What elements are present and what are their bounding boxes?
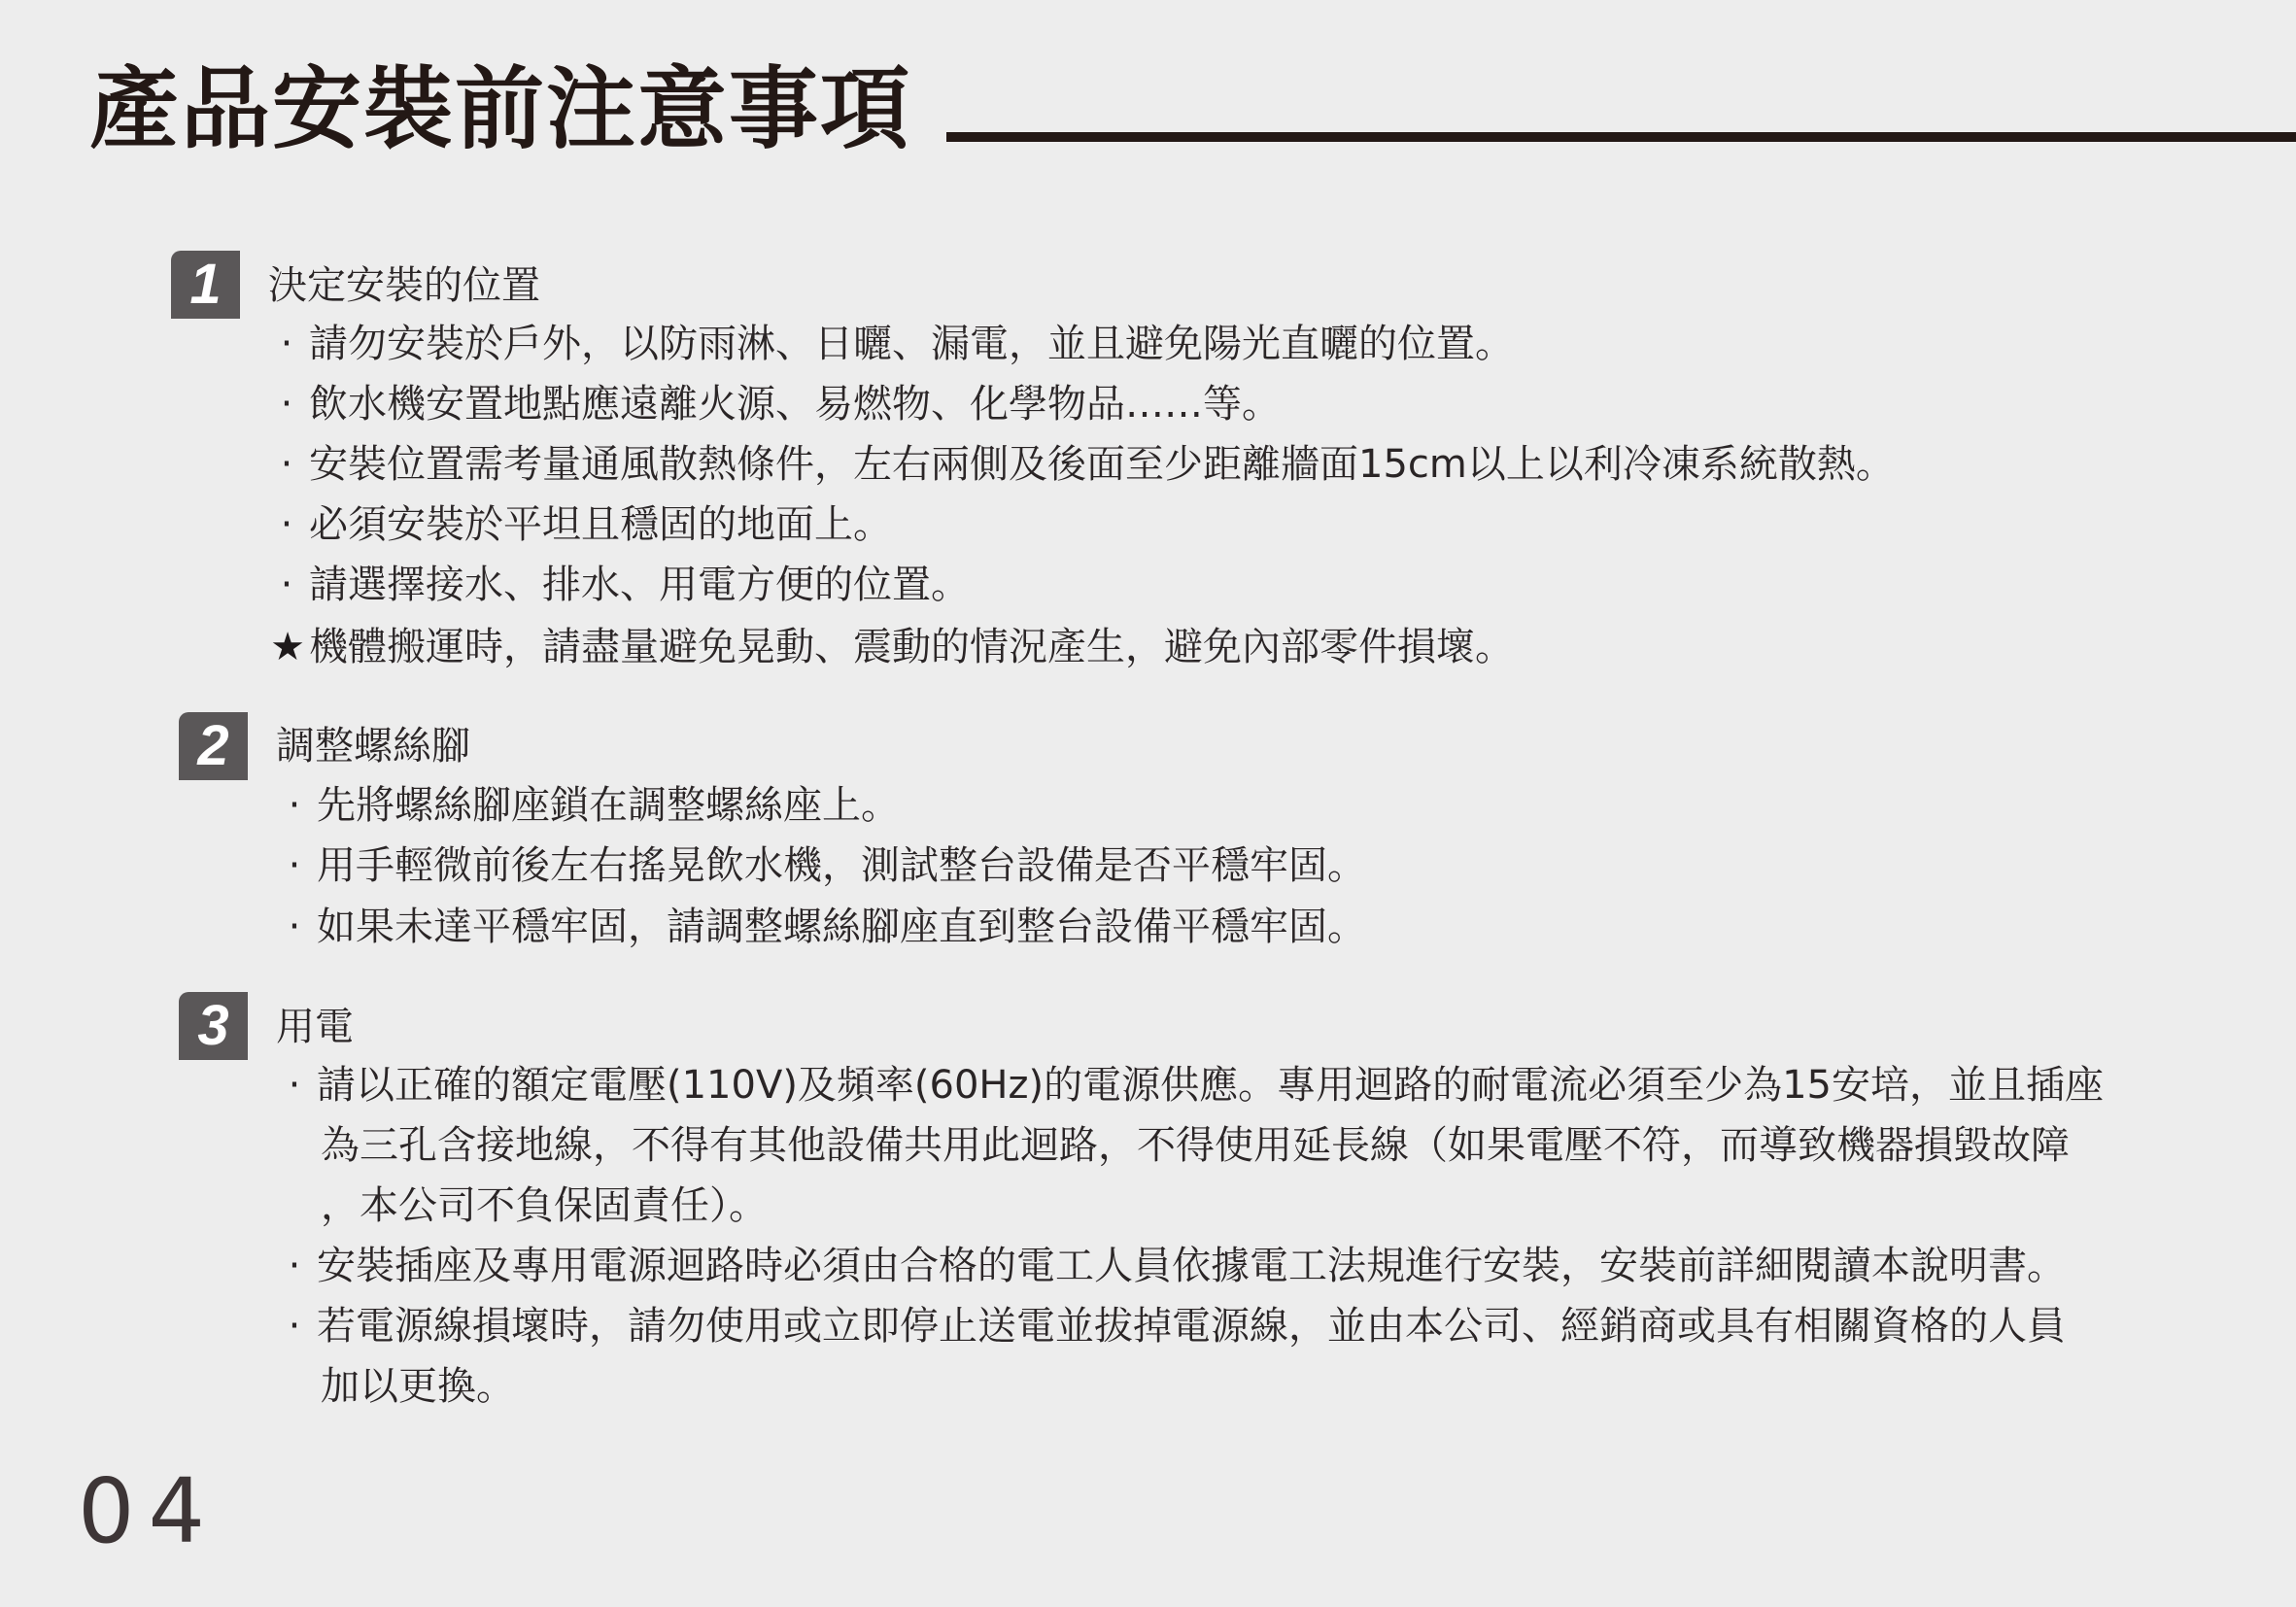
list-item-text: 若電源線損壞時，請勿使用或立即停止送電並拔掉電源線，並由本公司、經銷商或具有相關…: [317, 1303, 2066, 1350]
list-item-text: 安裝插座及專用電源迴路時必須由合格的電工人員依據電工法規進行安裝，安裝前詳細閱讀…: [317, 1243, 2066, 1289]
section-heading: 決定安裝的位置: [268, 262, 540, 309]
bullet-marker: ·: [285, 904, 304, 950]
list-item-text: 安裝位置需考量通風散熱條件，左右兩側及後面至少距離牆面15cm以上以利冷凍系統散…: [309, 441, 1895, 488]
list-item-text: 為三孔含接地線，不得有其他設備共用此迴路，不得使用延長線（如果電壓不符，而導致機…: [321, 1122, 2070, 1169]
bullet-marker: ·: [285, 1062, 304, 1109]
list-item-text: ，本公司不負保固責任）。: [321, 1182, 768, 1229]
section-heading: 用電: [276, 1004, 354, 1050]
list-item-text: 加以更換。: [321, 1363, 515, 1410]
section-number-badge: 2: [179, 712, 248, 780]
section-number-badge: 1: [171, 251, 240, 319]
bullet-marker: ·: [277, 381, 296, 427]
bullet-marker: ·: [285, 1243, 304, 1289]
bullet-marker: ·: [277, 501, 296, 548]
bullet-marker: ·: [277, 441, 296, 488]
bullet-marker: ·: [285, 842, 304, 889]
bullet-marker: ·: [277, 562, 296, 608]
list-item-text: 用手輕微前後左右搖晃飲水機，測試整台設備是否平穩牢固。: [317, 842, 1366, 889]
title-underline-rule: [946, 132, 2296, 142]
section-heading: 調整螺絲腳: [276, 723, 470, 769]
list-item-text: 請以正確的額定電壓(110V)及頻率(60Hz)的電源供應。專用迴路的耐電流必須…: [317, 1062, 2104, 1109]
section-number-badge: 3: [179, 992, 248, 1060]
star-icon: ★: [266, 624, 309, 670]
bullet-marker: ·: [285, 782, 304, 829]
list-item-text: 請選擇接水、排水、用電方便的位置。: [309, 562, 970, 608]
page-title: 產品安裝前注意事項: [89, 56, 911, 163]
page-number: 04: [78, 1463, 219, 1560]
list-item-text: 先將螺絲腳座鎖在調整螺絲座上。: [317, 782, 900, 829]
list-item-text: 如果未達平穩牢固，請調整螺絲腳座直到整台設備平穩牢固。: [317, 904, 1366, 950]
bullet-marker: ·: [285, 1303, 304, 1350]
list-item-text: 飲水機安置地點應遠離火源、易燃物、化學物品……等。: [309, 381, 1281, 427]
bullet-marker: ·: [277, 321, 296, 367]
list-item-text: 必須安裝於平坦且穩固的地面上。: [309, 501, 892, 548]
warning-text: 機體搬運時，請盡量避免晃動、震動的情況產生，避免內部零件損壞。: [309, 624, 1514, 670]
list-item-text: 請勿安裝於戶外，以防雨淋、日曬、漏電，並且避免陽光直曬的位置。: [309, 321, 1514, 367]
